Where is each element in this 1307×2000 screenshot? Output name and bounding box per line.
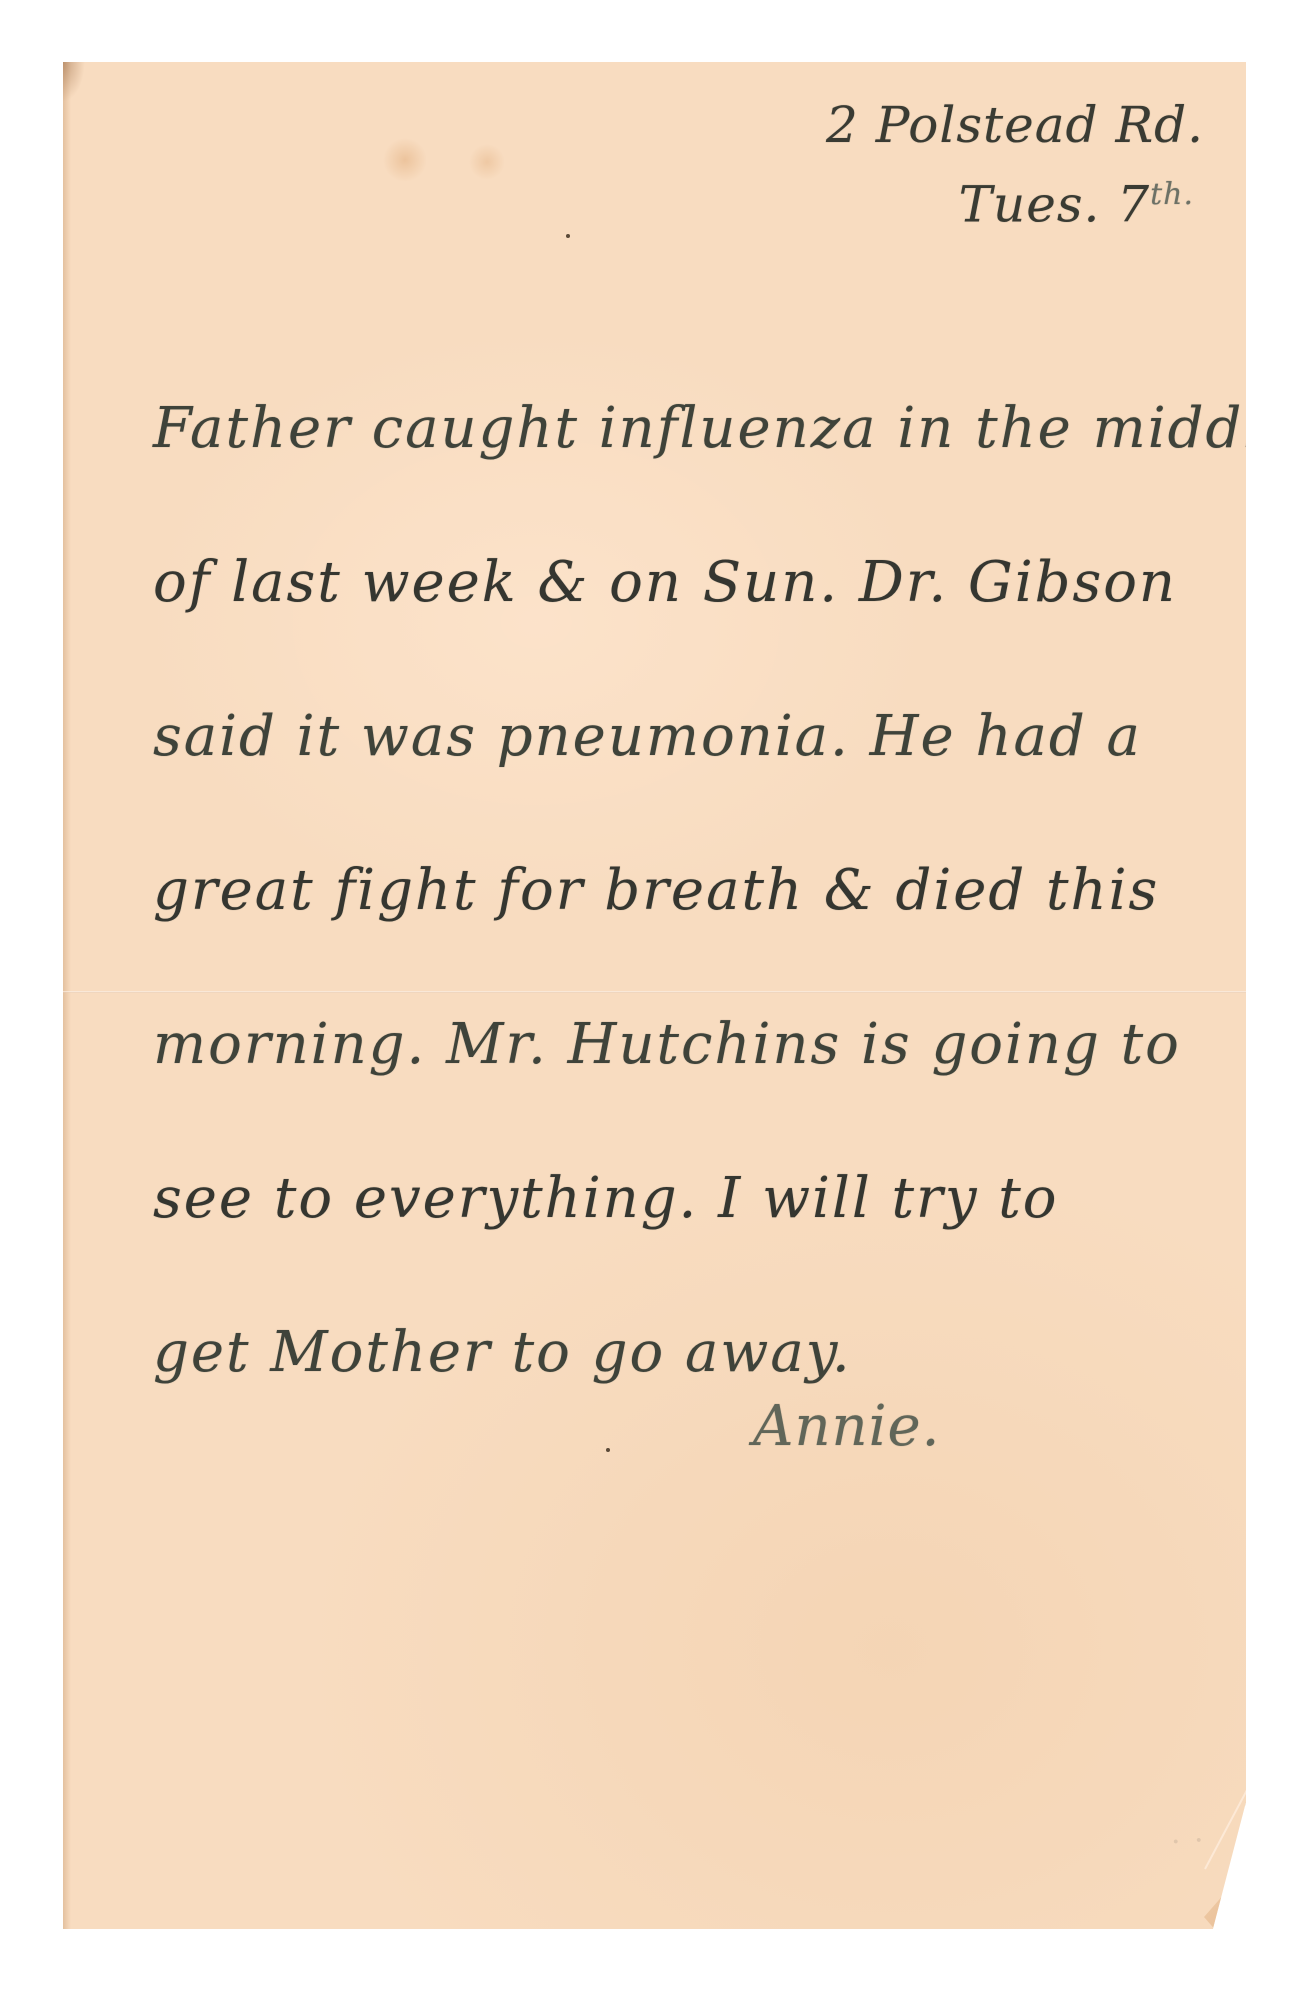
body-line: Father caught influenza in the middle — [153, 352, 1298, 506]
body-line: see to everything. I will try to — [153, 1122, 1298, 1276]
ink-speck — [606, 1448, 610, 1452]
faint-pencil-marks: ​· ·​ — [1170, 1823, 1207, 1860]
body-line: get Mother to go away. — [153, 1276, 1298, 1430]
letter-header: 2 Polstead Rd. Tues. 7th. — [826, 90, 1204, 240]
signature: Annie. — [753, 1394, 940, 1459]
body-line: morning. Mr. Hutchins is going to — [153, 968, 1298, 1122]
diagonal-crease — [1204, 1657, 1307, 1870]
letter-body: Father caught influenza in the middle of… — [153, 352, 1298, 1430]
folded-corner — [1204, 1869, 1246, 1929]
sender-address: 2 Polstead Rd. — [826, 90, 1204, 160]
body-line: of last week & on Sun. Dr. Gibson — [153, 506, 1298, 660]
letter-date: Tues. 7th. — [826, 160, 1194, 240]
date-day: Tues. 7 — [959, 176, 1150, 234]
date-suffix: th. — [1150, 177, 1194, 212]
ink-speck — [566, 234, 570, 238]
body-line: said it was pneumonia. He had a — [153, 660, 1298, 814]
letter-paper: ​· ·​ 2 Polstead Rd. Tues. 7th. Father c… — [63, 62, 1246, 1929]
body-line: great fight for breath & died this — [153, 814, 1298, 968]
